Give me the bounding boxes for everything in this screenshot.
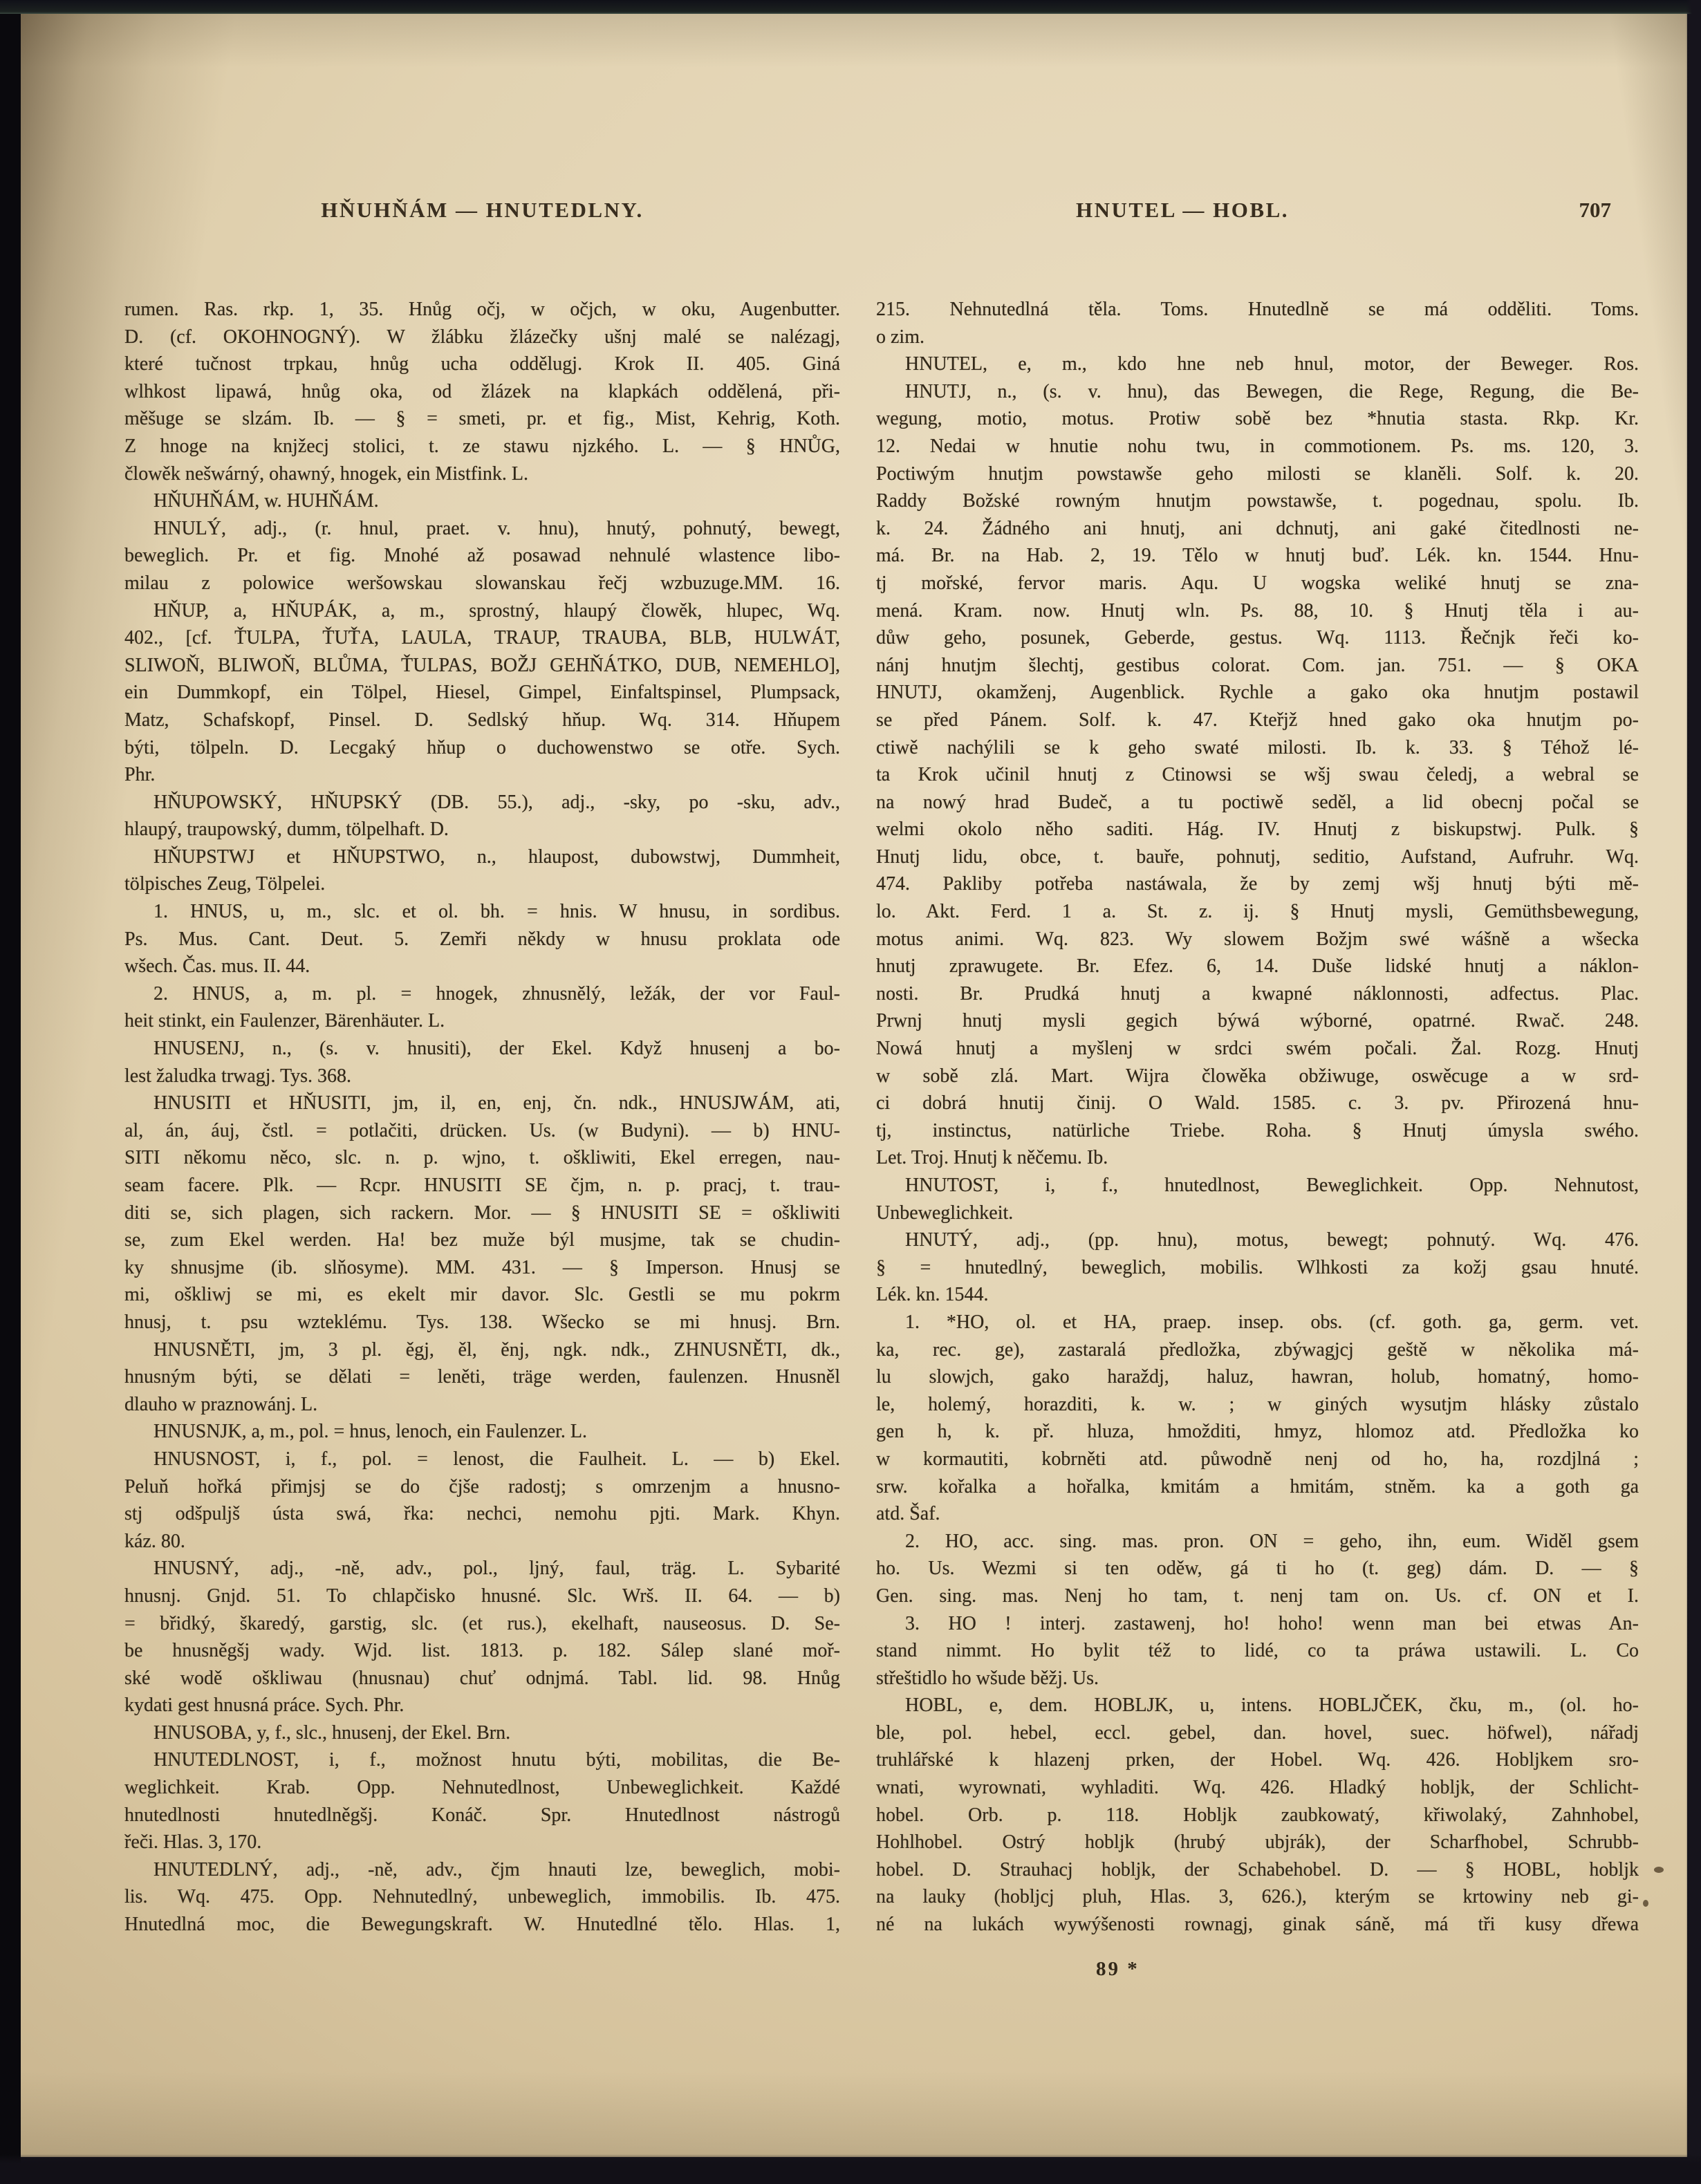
scan-right-edge xyxy=(1686,0,1701,2184)
text-line: 2. HO, acc. sing. mas. pron. ON = geho, … xyxy=(876,1528,1639,1556)
text-line: o zim. xyxy=(876,324,1639,351)
text-line: HNUTEL, e, m., kdo hne neb hnul, motor, … xyxy=(876,351,1639,378)
text-line: Gen. sing. mas. Nenj ho tam, t. nenj tam… xyxy=(876,1583,1639,1610)
text-line: HNUSNĚTI, jm, 3 pl. ěgj, ěl, ěnj, ngk. n… xyxy=(124,1336,840,1364)
text-line: tj, instinctus, natürliche Triebe. Roha.… xyxy=(876,1117,1639,1145)
text-line: 1. *HO, ol. et HA, praep. insep. obs. (c… xyxy=(876,1309,1639,1336)
signature-mark: 89 * xyxy=(1096,1958,1140,1981)
text-line: stj odšpuljš ústa swá, řka: nechci, nemo… xyxy=(124,1500,840,1528)
text-line: wnati, wyrownati, wyhladiti. Wq. 426. Hl… xyxy=(876,1774,1639,1802)
text-line: mená. Kram. now. Hnutj wln. Ps. 88, 10. … xyxy=(876,597,1639,625)
text-line: HŇUPOWSKÝ, HŇUPSKÝ (DB. 55.), adj., -sky… xyxy=(124,789,840,816)
ink-speck xyxy=(1643,1900,1648,1907)
text-line: Poctiwým hnutjm powstawše geho milosti s… xyxy=(876,460,1639,488)
running-head-right: HNUTEL — HOBL. xyxy=(906,195,1459,225)
text-line: srw. kořalka a hořalka, kmitám a hmitám,… xyxy=(876,1473,1639,1501)
text-line: Phr. xyxy=(124,761,840,789)
text-line: Prwnj hnutj mysli gegich býwá wýborné, o… xyxy=(876,1007,1639,1035)
text-line: HNUTOST, i, f., hnutedlnost, Beweglichke… xyxy=(876,1172,1639,1200)
text-line: lest žaludka trwagj. Tys. 368. xyxy=(124,1063,840,1090)
text-line: HNUSNOST, i, f., pol. = lenost, die Faul… xyxy=(124,1446,840,1473)
text-line: řeči. Hlas. 3, 170. xyxy=(124,1829,840,1856)
text-line: HŇUHŇÁM, w. HUHŇÁM. xyxy=(124,487,840,515)
text-line: HNUTJ, n., (s. v. hnu), das Bewegen, die… xyxy=(876,378,1639,406)
text-line: HNUTEDLNÝ, adj., -ně, adv., čjm hnauti l… xyxy=(124,1856,840,1884)
text-line: 1. HNUS, u, m., slc. et ol. bh. = hnis. … xyxy=(124,898,840,926)
text-line: lis. Wq. 475. Opp. Nehnutedlný, unbewegl… xyxy=(124,1883,840,1911)
text-line: be hnusněgšj wady. Wjd. list. 1813. p. 1… xyxy=(124,1637,840,1665)
right-column: 215. Nehnutedlná těla. Toms. Hnutedlně s… xyxy=(876,296,1639,1939)
text-line: gen h, k. př. hluza, hmožditi, hmyz, hlo… xyxy=(876,1418,1639,1446)
text-line: Hnutedlná moc, die Bewegungskraft. W. Hn… xyxy=(124,1911,840,1939)
text-line: atd. Šaf. xyxy=(876,1500,1639,1528)
text-line: rumen. Ras. rkp. 1, 35. Hnůg očj, w očjc… xyxy=(124,296,840,324)
text-line: ka, rec. ge), zastaralá předložka, zbýwa… xyxy=(876,1336,1639,1364)
text-line: ein Dummkopf, ein Tölpel, Hiesel, Gimpel… xyxy=(124,679,840,707)
text-line: 474. Pakliby potřeba nastáwala, že by ze… xyxy=(876,870,1639,898)
dictionary-page: HŇUHŇÁM — HNUTEDLNY. HNUTEL — HOBL. 707 … xyxy=(21,14,1687,2157)
text-line: HNULÝ, adj., (r. hnul, praet. v. hnu), h… xyxy=(124,515,840,543)
text-line: HŇUPSTWJ et HŇUPSTWO, n., hlaupost, dubo… xyxy=(124,843,840,871)
text-line: hlaupý, traupowský, dumm, tölpelhaft. D. xyxy=(124,816,840,843)
text-line: 12. Nedai w hnutie nohu twu, in commotio… xyxy=(876,433,1639,460)
text-line: ci dobrá hnutij činij. O Wald. 1585. c. … xyxy=(876,1090,1639,1117)
text-line: hnusným býti, se dělati = leněti, träge … xyxy=(124,1363,840,1391)
text-line: beweglich. Pr. et fig. Mnohé až posawad … xyxy=(124,542,840,570)
text-line: HNUTJ, okamženj, Augenblick. Rychle a ga… xyxy=(876,679,1639,707)
text-line: welmi okolo něho saditi. Hág. IV. Hnutj … xyxy=(876,816,1639,843)
text-line: HNUTÝ, adj., (pp. hnu), motus, bewegt; p… xyxy=(876,1226,1639,1254)
text-line: stand nimmt. Ho bylit též to lidé, co ta… xyxy=(876,1637,1639,1665)
running-head-left: HŇUHŇÁM — HNUTEDLNY. xyxy=(124,195,840,225)
text-line: HNUTEDLNOST, i, f., možnost hnutu býti, … xyxy=(124,1746,840,1774)
text-line: Let. Troj. Hnutj k něčemu. Ib. xyxy=(876,1144,1639,1172)
text-line: Hnutj lidu, obce, t. bauře, pohnutj, sed… xyxy=(876,843,1639,871)
book-page-scan: HŇUHŇÁM — HNUTEDLNY. HNUTEL — HOBL. 707 … xyxy=(0,0,1701,2184)
text-line: Nowá hnutj a myšlenj w srdci swém počali… xyxy=(876,1035,1639,1063)
text-line: ta Krok učinil hnutj z Ctinowsi se wšj s… xyxy=(876,761,1639,789)
text-line: měšuge se slzám. Ib. — § = smeti, pr. et… xyxy=(124,405,840,433)
text-line: motus animi. Wq. 823. Wy slowem Božjm sw… xyxy=(876,926,1639,953)
text-line: důw geho, posunek, Geberde, gestus. Wq. … xyxy=(876,624,1639,652)
text-line: hnusnj. Gnjd. 51. To chlapčisko hnusné. … xyxy=(124,1583,840,1610)
text-line: ho. Us. Wezmi si ten oděw, gá ti ho (t. … xyxy=(876,1555,1639,1583)
text-line: D. (cf. OKOHNOGNÝ). W žlábku žlázečky uš… xyxy=(124,324,840,351)
text-line: § = hnutedlný, beweglich, mobilis. Wlhko… xyxy=(876,1254,1639,1282)
text-line: ble, pol. hebel, eccl. gebel, dan. hovel… xyxy=(876,1719,1639,1747)
text-line: SITI někomu něco, slc. n. p. wjno, t. oš… xyxy=(124,1144,840,1172)
text-line: hobel. Orb. p. 118. Hobljk zaubkowatý, k… xyxy=(876,1802,1639,1829)
text-line: seam facere. Plk. — Rcpr. HNUSITI SE čjm… xyxy=(124,1172,840,1200)
text-line: člowěk nešwárný, ohawný, hnogek, ein Mis… xyxy=(124,460,840,488)
text-line: weglichkeit. Krab. Opp. Nehnutedlnost, U… xyxy=(124,1774,840,1802)
text-line: káz. 80. xyxy=(124,1528,840,1556)
text-line: 215. Nehnutedlná těla. Toms. Hnutedlně s… xyxy=(876,296,1639,324)
text-line: 402., [cf. ŤULPA, ŤUŤA, LAULA, TRAUP, TR… xyxy=(124,624,840,652)
text-line: Matz, Schafskopf, Pinsel. D. Sedlský hňu… xyxy=(124,707,840,734)
ink-speck xyxy=(1654,1867,1664,1873)
left-column: rumen. Ras. rkp. 1, 35. Hnůg očj, w očjc… xyxy=(124,296,840,1939)
text-line: hnutedlnosti hnutedlněgšj. Konáč. Spr. H… xyxy=(124,1802,840,1829)
text-line: le, holemý, horazditi, k. w. ; w giných … xyxy=(876,1391,1639,1419)
text-line: Ps. Mus. Cant. Deut. 5. Zemři někdy w hn… xyxy=(124,926,840,953)
text-line: na lauky (hobljcj pluh, Hlas. 3, 626.), … xyxy=(876,1883,1639,1911)
text-line: dlauho w praznowánj. L. xyxy=(124,1391,840,1419)
text-line: 3. HO ! interj. zastawenj, ho! hoho! wen… xyxy=(876,1610,1639,1638)
text-line: nánj hnutjm šlechtj, gestibus colorat. C… xyxy=(876,652,1639,680)
text-line: = břidký, škaredý, garstig, slc. (et rus… xyxy=(124,1610,840,1638)
text-line: wegung, motio, motus. Protiw sobě bez *h… xyxy=(876,405,1639,433)
text-line: truhlářské k hlazenj prken, der Hobel. W… xyxy=(876,1746,1639,1774)
text-line: heit stinkt, ein Faulenzer, Bärenhäuter.… xyxy=(124,1007,840,1035)
text-line: kydati gest hnusná práce. Sych. Phr. xyxy=(124,1692,840,1719)
text-line: wšech. Čas. mus. II. 44. xyxy=(124,953,840,980)
text-line: al, án, áuj, čstl. = potlačiti, drücken.… xyxy=(124,1117,840,1145)
page-number: 707 xyxy=(1466,195,1611,225)
text-line: w sobě zlá. Mart. Wijra člowěka obžiwuge… xyxy=(876,1063,1639,1090)
text-line: lu slowjch, gako haraždj, haluz, hawran,… xyxy=(876,1363,1639,1391)
text-line: které tučnost trpkau, hnůg ucha oddělugj… xyxy=(124,351,840,378)
text-line: 2. HNUS, a, m. pl. = hnogek, zhnusnělý, … xyxy=(124,980,840,1008)
text-line: Lék. kn. 1544. xyxy=(876,1281,1639,1309)
book-spine-shadow xyxy=(0,0,21,2184)
text-line: býti, tölpeln. D. Lecgaký hňup o duchowe… xyxy=(124,734,840,762)
text-line: hobel. D. Strauhacj hobljk, der Schabeho… xyxy=(876,1856,1639,1884)
text-line: k. 24. Žádného ani hnutj, ani dchnutj, a… xyxy=(876,515,1639,543)
text-line: na nowý hrad Budeč, a tu poctiwě seděl, … xyxy=(876,789,1639,816)
text-line: Hohlhobel. Ostrý hobljk (hrubý ubjrák), … xyxy=(876,1829,1639,1856)
text-line: se před Pánem. Solf. k. 47. Kteřjž hned … xyxy=(876,707,1639,734)
text-line: nosti. Br. Prudká hnutj a kwapné náklonn… xyxy=(876,980,1639,1008)
text-line: tj mořské, fervor maris. Aqu. U wogska w… xyxy=(876,570,1639,597)
text-line: wlhkost lipawá, hnůg oka, od žlázek na k… xyxy=(124,378,840,406)
text-line: se, zum Ekel werden. Ha! bez muže býl mu… xyxy=(124,1226,840,1254)
text-line: mi, oškliwj se mi, es ekelt mir davor. S… xyxy=(124,1281,840,1309)
text-line: né na lukách wywýšenosti rownagj, ginak … xyxy=(876,1911,1639,1939)
text-line: HŇUP, a, HŇUPÁK, a, m., sprostný, hlaupý… xyxy=(124,597,840,625)
scan-top-edge xyxy=(0,0,1701,14)
text-line: milau z polowice weršowskau slowanskau ř… xyxy=(124,570,840,597)
text-line: Peluň hořká přimjsj se do čjše radostj; … xyxy=(124,1473,840,1501)
text-line: má. Br. na Hab. 2, 19. Tělo w hnutj buď.… xyxy=(876,542,1639,570)
text-line: HNUSNJK, a, m., pol. = hnus, lenoch, ein… xyxy=(124,1418,840,1446)
text-line: HNUSENJ, n., (s. v. hnusiti), der Ekel. … xyxy=(124,1035,840,1063)
text-line: HNUSOBA, y, f., slc., hnusenj, der Ekel.… xyxy=(124,1719,840,1747)
text-line: tölpisches Zeug, Tölpelei. xyxy=(124,870,840,898)
text-line: HOBL, e, dem. HOBLJK, u, intens. HOBLJČE… xyxy=(876,1692,1639,1719)
text-line: ctiwě nachýlili se k geho swaté milosti.… xyxy=(876,734,1639,762)
text-line: Raddy Božské rowným hnutjm powstawše, t.… xyxy=(876,487,1639,515)
text-line: hnutj zprawugete. Br. Efez. 6, 14. Duše … xyxy=(876,953,1639,980)
text-line: střeštidlo ho wšude běžj. Us. xyxy=(876,1665,1639,1692)
text-line: HNUSITI et HŇUSITI, jm, il, en, enj, čn.… xyxy=(124,1090,840,1117)
text-line: diti se, sich plagen, sich rackern. Mor.… xyxy=(124,1200,840,1227)
text-line: w kormautiti, kobrněti atd. půwodně nenj… xyxy=(876,1446,1639,1473)
text-line: Unbeweglichkeit. xyxy=(876,1200,1639,1227)
text-line: HNUSNÝ, adj., -ně, adv., pol., ljný, fau… xyxy=(124,1555,840,1583)
text-line: SLIWOŇ, BLIWOŇ, BLŮMA, ŤULPAS, BOŽJ GEHŇ… xyxy=(124,652,840,680)
scan-bottom-edge xyxy=(0,2154,1701,2184)
text-line: lo. Akt. Ferd. 1 a. St. z. ij. § Hnutj m… xyxy=(876,898,1639,926)
text-line: ky shnusjme (ib. slňosyme). MM. 431. — §… xyxy=(124,1254,840,1282)
text-line: ské wodě oškliwau (hnusnau) chuť odnjmá.… xyxy=(124,1665,840,1692)
text-line: Z hnoge na knjžecj stolici, t. ze stawu … xyxy=(124,433,840,460)
text-line: hnusj, t. psu wzteklému. Tys. 138. Wšeck… xyxy=(124,1309,840,1336)
